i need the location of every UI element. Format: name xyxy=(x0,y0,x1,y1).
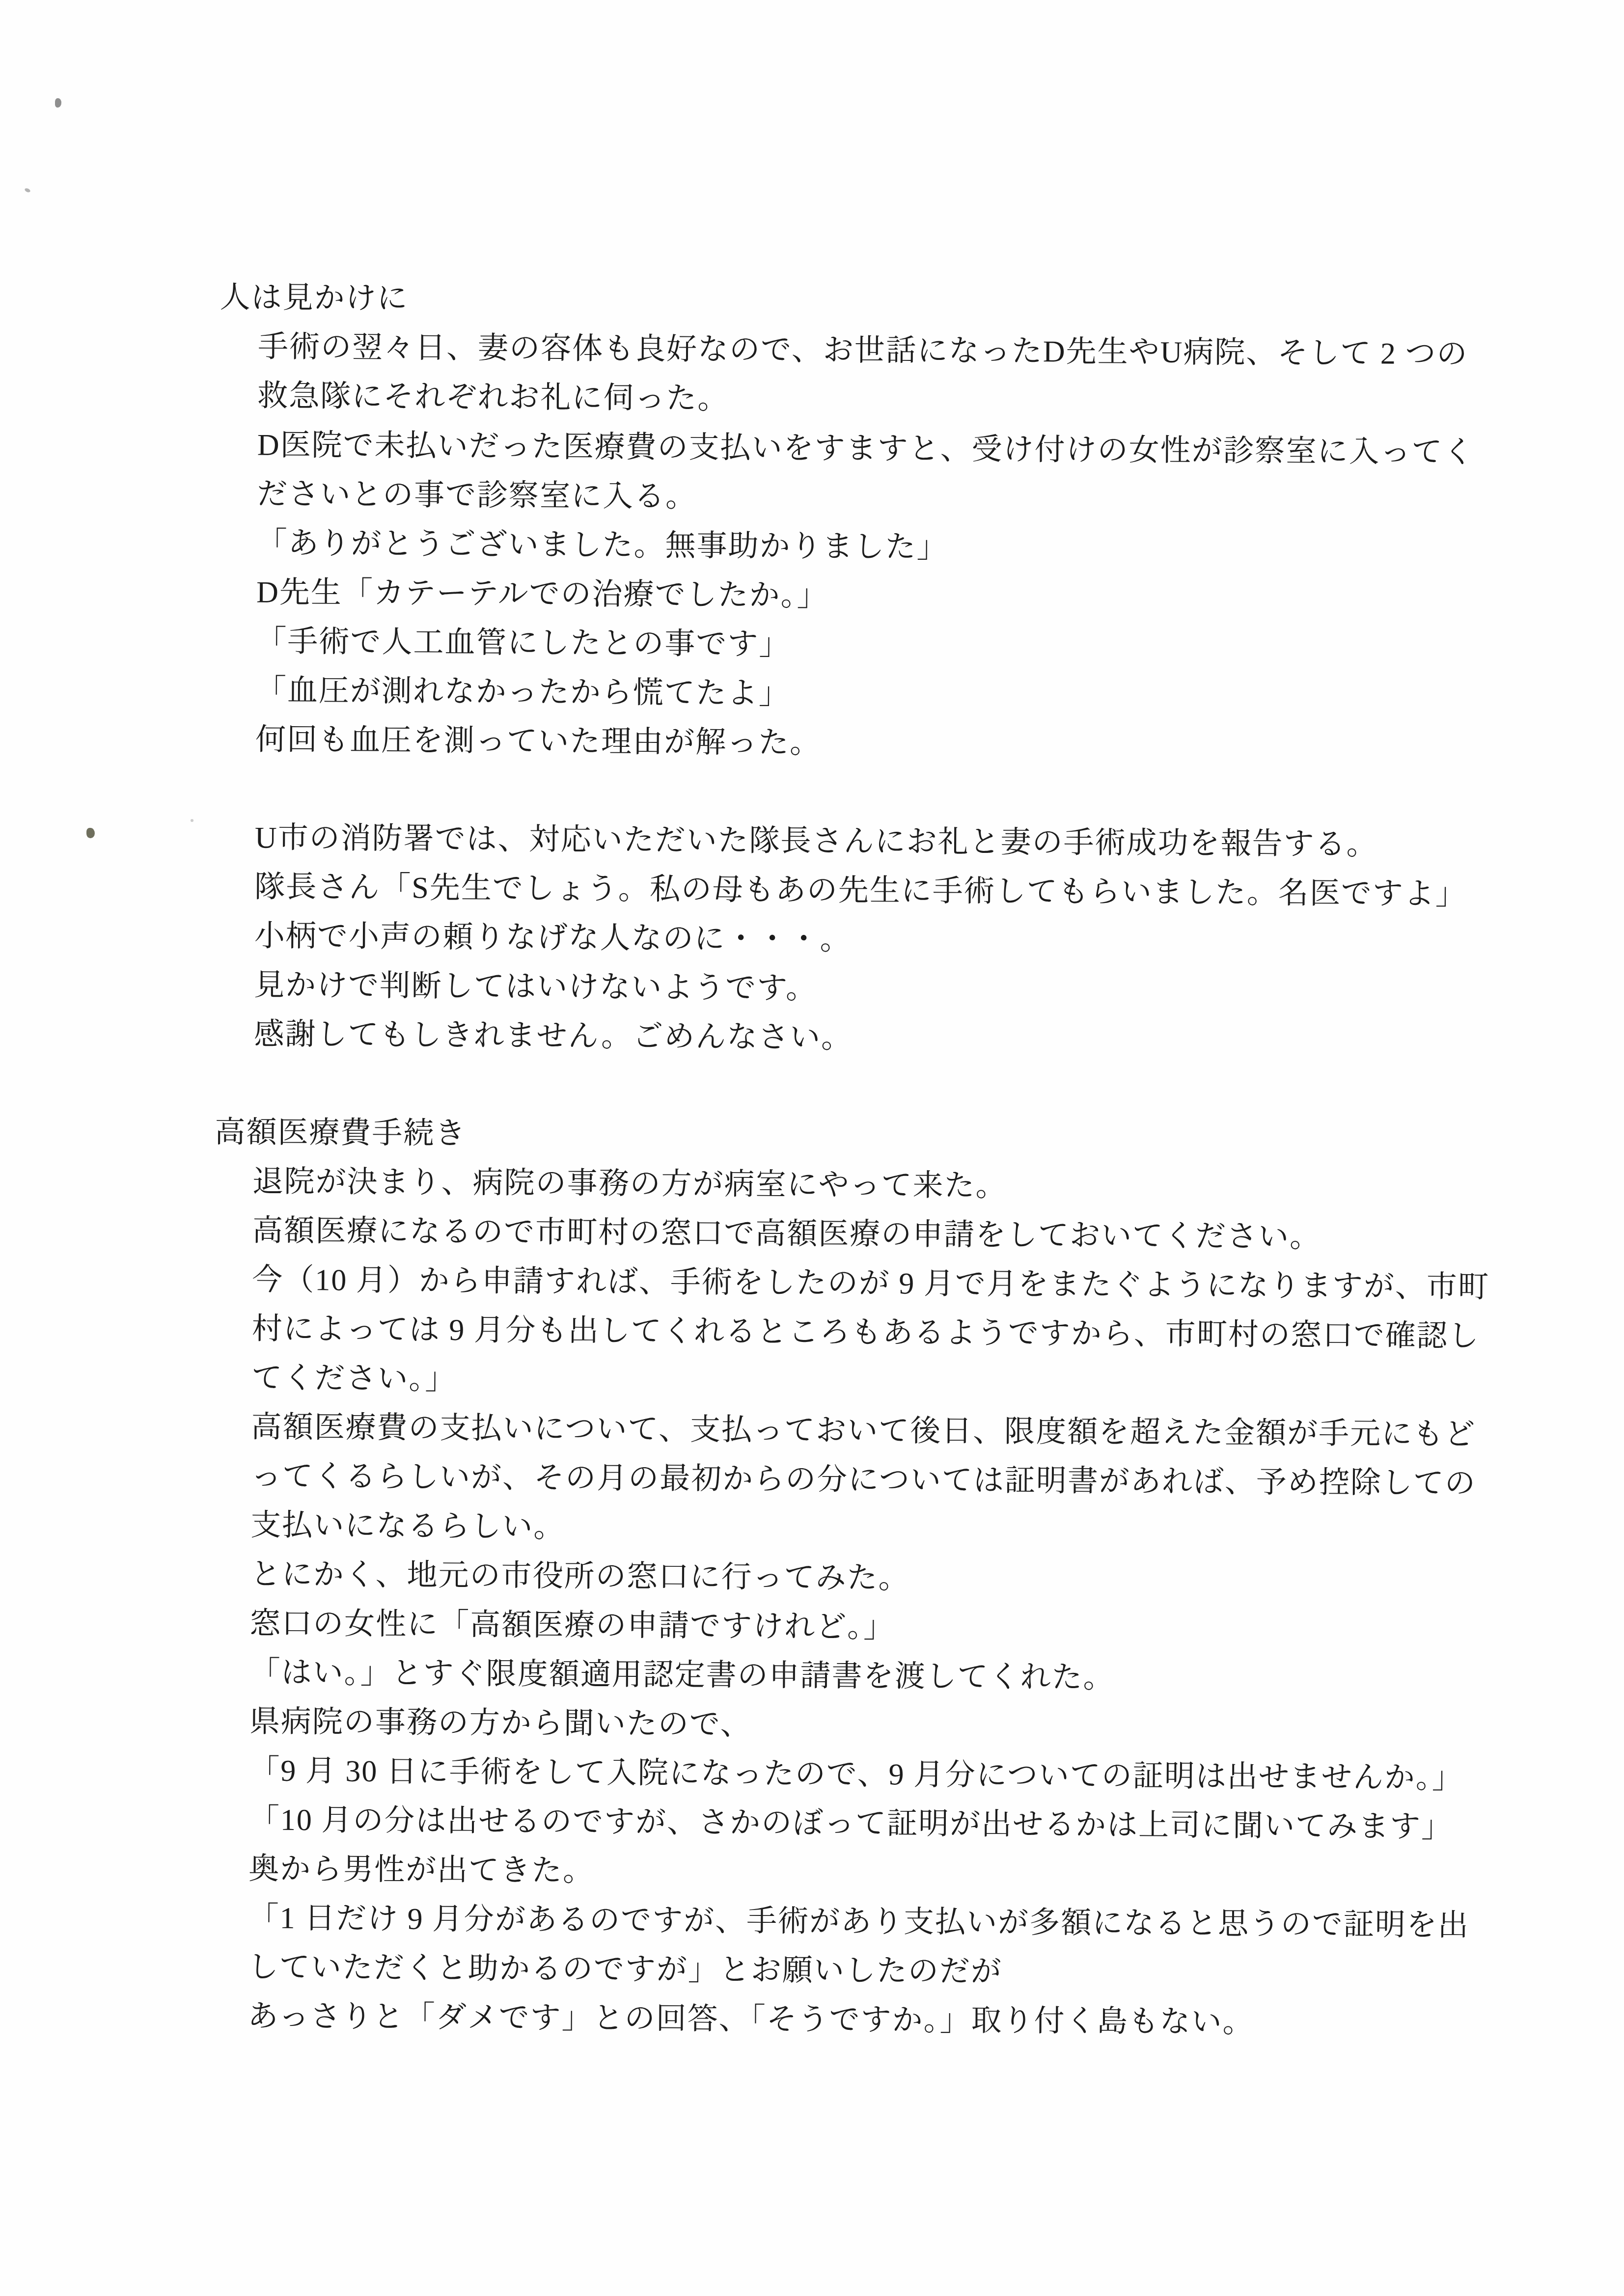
text-block: 人は見かけに 手術の翌々日、妻の容体も良好なので、お世話になったD先生やU病院、… xyxy=(209,273,1507,2049)
text-line: 「はい。」とすぐ限度額適用認定書の申請書を渡してくれた。 xyxy=(211,1648,1498,1705)
section-heading: 人は見かけに xyxy=(220,273,1507,330)
text-line: 「ありがとうございました。無事助かりました」 xyxy=(218,519,1505,575)
scan-speck-4 xyxy=(191,819,193,822)
text-line: 手術の翌々日、妻の容体も良好なので、お世話になったD先生やU病院、そして 2 つ… xyxy=(220,322,1507,379)
text-line: 「血圧が測れなかったから慌てたよ」 xyxy=(218,666,1505,723)
text-line: 見かけで判断してはいけないようです。 xyxy=(216,960,1503,1017)
text-line: 「9 月 30 日に手術をして入院になったので、9 月分についての証明は出せませ… xyxy=(211,1746,1498,1803)
text-line: 県病院の事務の方から聞いたので、 xyxy=(211,1697,1498,1754)
section-heading: 高額医療費手続き xyxy=(215,1108,1502,1165)
text-line: 何回も血圧を測っていた理由が解った。 xyxy=(217,715,1504,772)
text-line: していただくと助かるのですが」とお願いしたのだが xyxy=(210,1942,1497,1999)
text-line: 「1 日だけ 9 月分があるのですが、手術があり支払いが多額になると思うので証明… xyxy=(210,1893,1497,1950)
text-line: U市の消防署では、対応いただいた隊長さんにお礼と妻の手術成功を報告する。 xyxy=(217,813,1504,870)
text-line: 救急隊にそれぞれお礼に伺った。 xyxy=(219,371,1506,428)
text-line: 「10 月の分は出せるのですが、さかのぼって証明が出せるかは上司に聞いてみます」 xyxy=(210,1795,1497,1852)
text-line: 奥から男性が出てきた。 xyxy=(210,1844,1497,1901)
text-line: ってくるらしいが、その月の最初からの分については証明書があれば、予め控除しての xyxy=(213,1451,1500,1508)
scanned-page: 人は見かけに 手術の翌々日、妻の容体も良好なので、お世話になったD先生やU病院、… xyxy=(0,0,1624,2296)
text-line: D医院で未払いだった医療費の支払いをすますと、受け付けの女性が診察室に入ってく xyxy=(219,420,1506,477)
text-line: あっさりと「ダメです」との回答、「そうですか。」取り付く島もない。 xyxy=(209,1992,1496,2049)
scan-speck-3 xyxy=(86,828,95,838)
text-line: 隊長さん「S先生でしょう。私の母もあの先生に手術してもらいました。名医ですよ」 xyxy=(216,862,1503,919)
text-line: 窓口の女性に「高額医療の申請ですけれど。」 xyxy=(212,1599,1499,1656)
text-line: 感謝してもしきれません。ごめんなさい。 xyxy=(215,1010,1502,1066)
text-line: 小柄で小声の頼りなげな人なのに・・・。 xyxy=(216,911,1503,968)
text-line: 退院が決まり、病院の事務の方が病室にやって来た。 xyxy=(214,1157,1501,1214)
text-line: 今（10 月）から申請すれば、手術をしたのが 9 月で月をまたぐようになりますが… xyxy=(214,1255,1501,1312)
scan-speck-1 xyxy=(55,98,61,108)
text-line: とにかく、地元の市役所の窓口に行ってみた。 xyxy=(212,1550,1499,1607)
text-line: 村によっては 9 月分も出してくれるところもあるようですから、市町村の窓口で確認… xyxy=(214,1304,1501,1361)
text-line: 「手術で人工血管にしたとの事です」 xyxy=(218,617,1505,674)
text-line: ださいとの事で診察室に入る。 xyxy=(219,469,1506,526)
scan-speck-2 xyxy=(24,188,31,193)
blank-line xyxy=(217,764,1504,821)
text-line: てください。」 xyxy=(213,1353,1500,1410)
text-line: D先生「カテーテルでの治療でしたか。」 xyxy=(218,568,1505,625)
text-line: 高額医療費の支払いについて、支払っておいて後日、限度額を超えた金額が手元にもど xyxy=(213,1402,1500,1459)
text-line: 支払いになるらしい。 xyxy=(212,1501,1499,1558)
text-line: 高額医療になるので市町村の窓口で高額医療の申請をしておいてください。 xyxy=(214,1206,1501,1263)
blank-line xyxy=(215,1059,1502,1116)
